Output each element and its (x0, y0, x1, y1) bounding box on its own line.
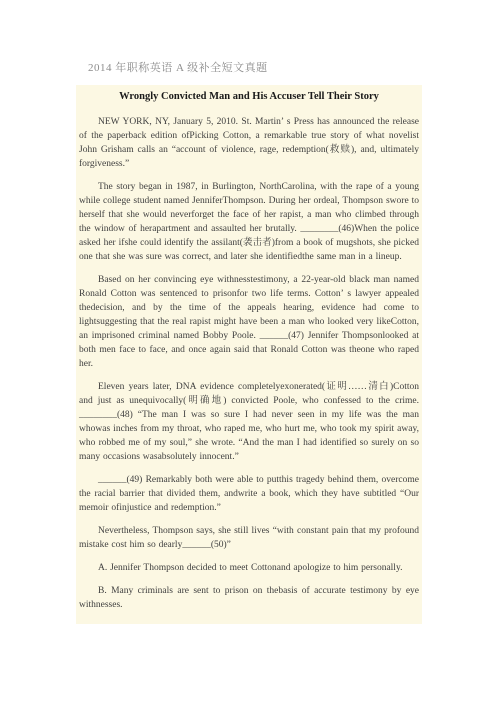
doc-heading: 2014 年职称英语 A 级补全短文真题 (88, 61, 268, 75)
document-page: 2014 年职称英语 A 级补全短文真题 Wrongly Convicted M… (0, 0, 496, 702)
passage-paragraph-5: ______(49) Remarkably both were able to … (79, 473, 419, 515)
passage-title: Wrongly Convicted Man and His Accuser Te… (79, 89, 419, 105)
passage-paragraph-2: The story began in 1987, in Burlington, … (79, 180, 419, 264)
passage-paragraph-4: Eleven years later, DNA evidence complet… (79, 380, 419, 464)
passage-paragraph-1: NEW YORK, NY, January 5, 2010. St. Marti… (79, 115, 419, 171)
passage-paragraph-6: Nevertheless, Thompson says, she still l… (79, 524, 419, 552)
option-a: A. Jennifer Thompson decided to meet Cot… (79, 561, 419, 575)
option-b: B. Many criminals are sent to prison on … (79, 584, 419, 612)
passage-paragraph-3: Based on her convincing eye withnesstest… (79, 273, 419, 371)
passage-box: Wrongly Convicted Man and His Accuser Te… (76, 85, 422, 624)
